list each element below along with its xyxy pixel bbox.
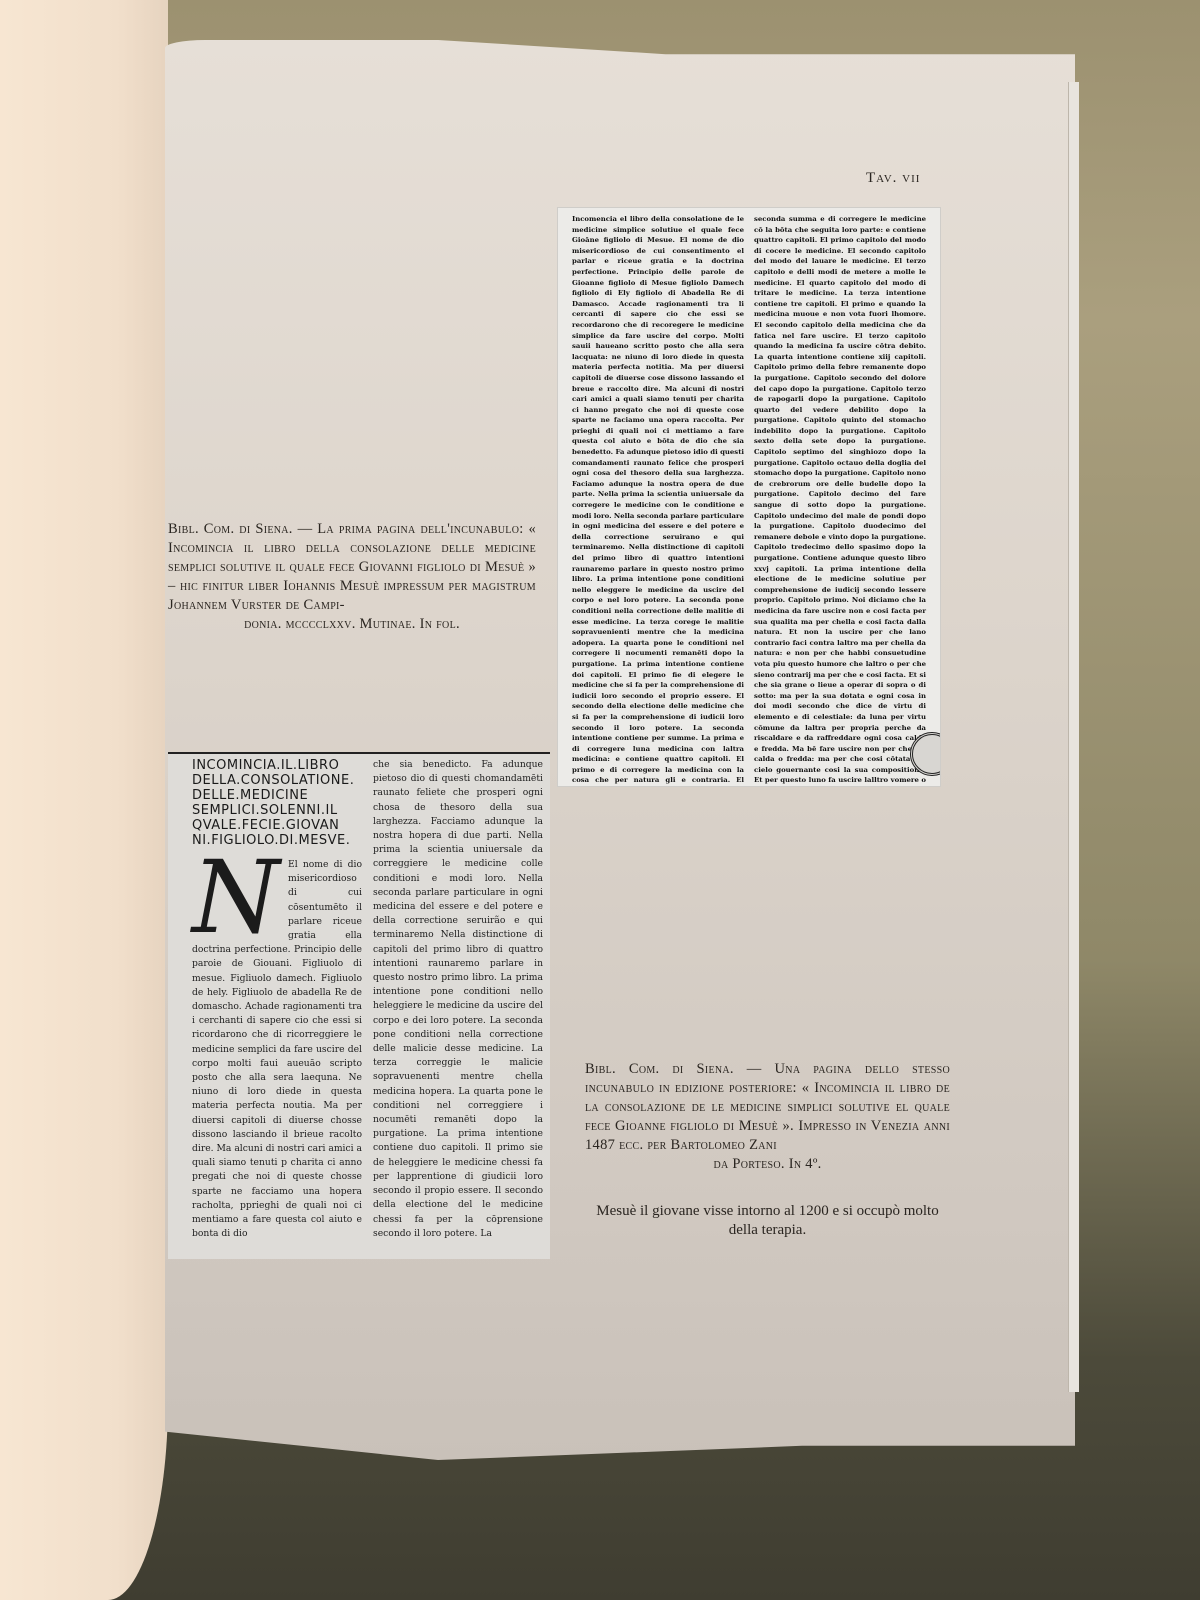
caption-first-edition-last-line: donia. mcccclxxv. Mutinae. In fol. xyxy=(168,615,536,634)
caption-later-edition-text: Bibl. Com. di Siena. — Una pagina dello … xyxy=(585,1061,950,1153)
caption-later-edition: Bibl. Com. di Siena. — Una pagina dello … xyxy=(585,1060,950,1174)
caption-first-edition: Bibl. Com. di Siena. — La prima pagina d… xyxy=(168,520,536,634)
page-stack-edge xyxy=(1068,82,1079,1392)
incunabulum-1475-heading: Incomincia.il.libro della.consolatione. … xyxy=(192,758,362,848)
incunabulum-1475-column-2: che sia benedicto. Fa adunque pietoso di… xyxy=(373,758,543,1241)
left-page-edge xyxy=(0,0,168,1600)
incunabulum-1487-column-2: seconda summa e di corregere le medicine… xyxy=(754,214,926,786)
biographical-note: Mesuè il giovane visse intorno al 1200 e… xyxy=(585,1202,950,1240)
caption-later-edition-last-line: da Porteso. In 4º. xyxy=(585,1155,950,1174)
caption-first-edition-text: Bibl. Com. di Siena. — La prima pagina d… xyxy=(168,521,536,613)
plate-number: Tav. vii xyxy=(866,170,920,187)
incunabulum-1487-column-1: Incomencia el libro della consolatione d… xyxy=(572,214,744,786)
illuminated-initial-icon: N xyxy=(192,858,282,943)
incunabulum-1475-column-1: Incomincia.il.libro della.consolatione. … xyxy=(192,758,362,1241)
incunabulum-1475-reproduction: Incomincia.il.libro della.consolatione. … xyxy=(168,752,550,1259)
incunabulum-1487-reproduction: Incomencia el libro della consolatione d… xyxy=(558,208,940,786)
